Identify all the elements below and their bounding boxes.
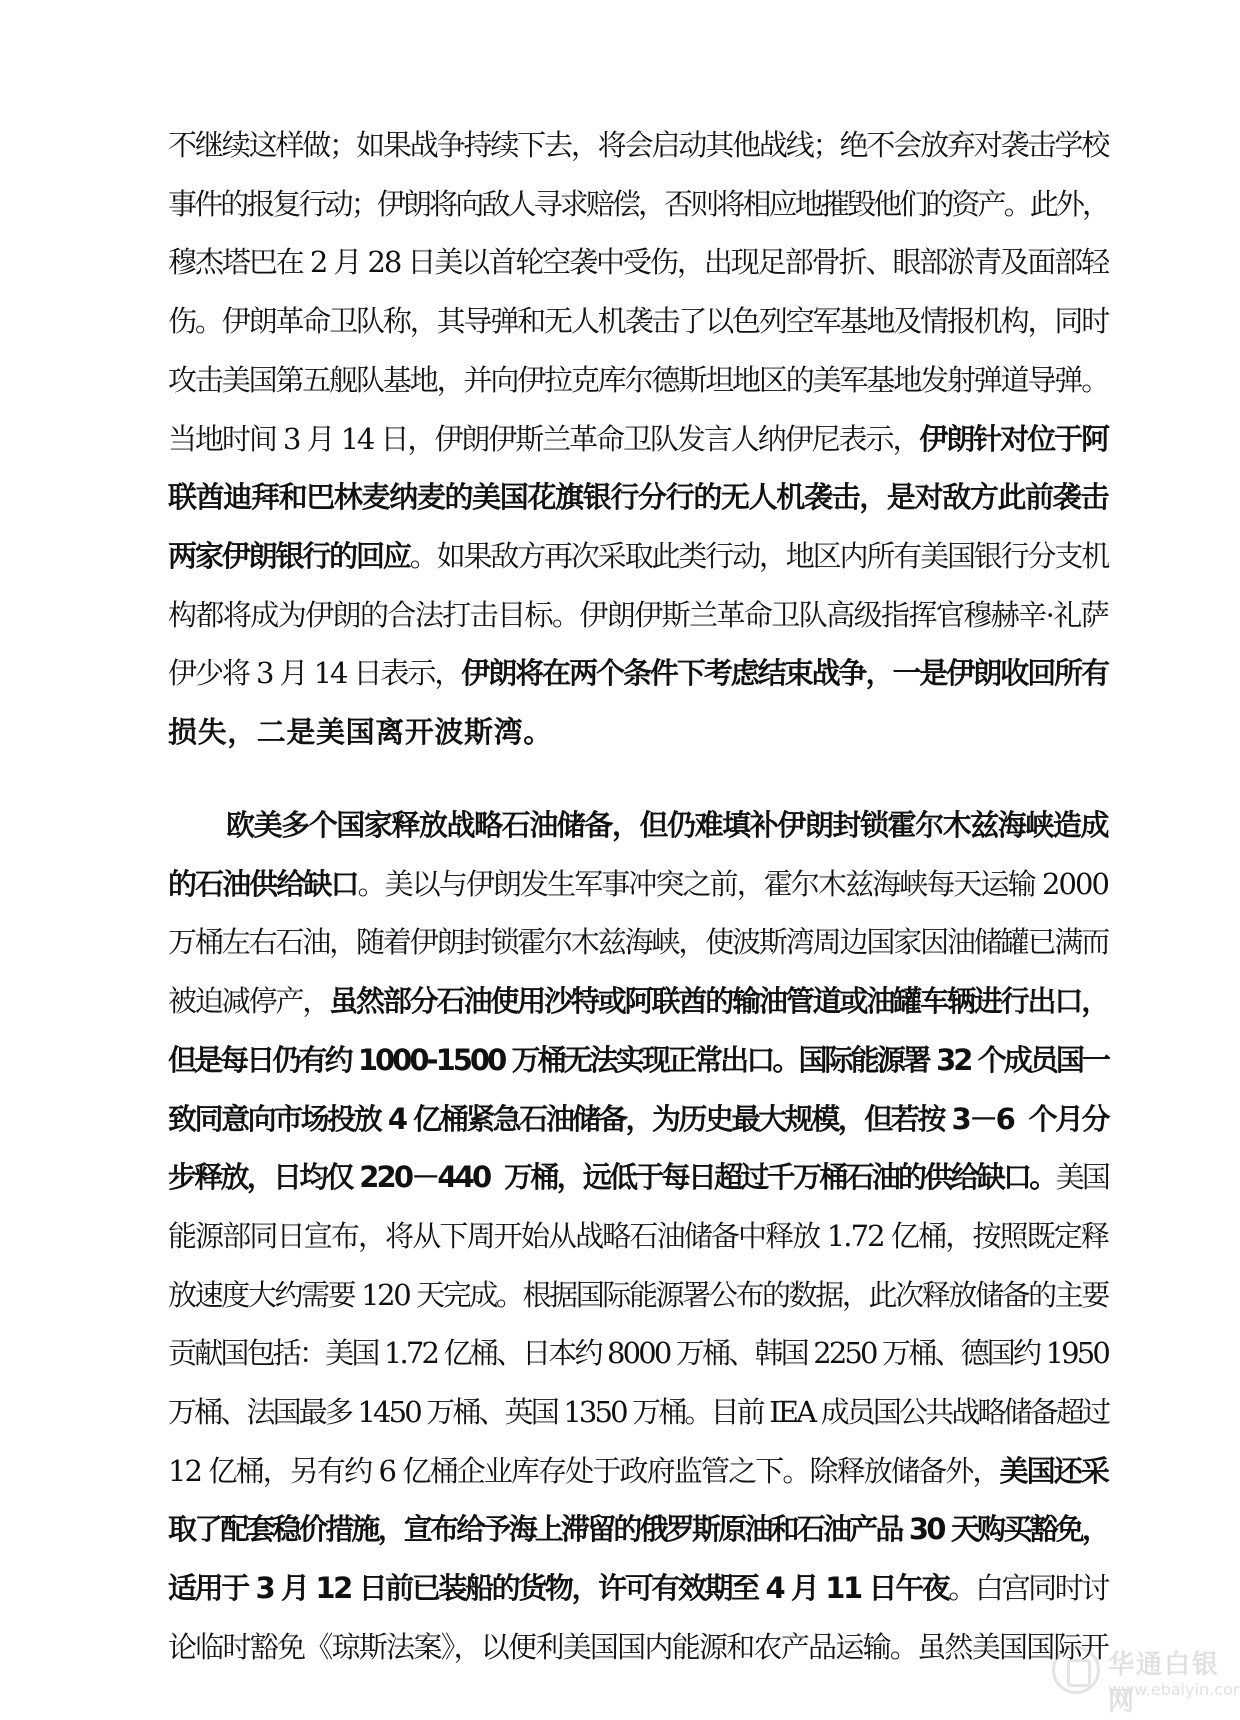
bold-text-segment: 两家伊朗银行的回应 [168, 539, 410, 573]
watermark: 华通白银网 www.ebaiyin.com [1052, 1640, 1240, 1720]
text-line: 放速度大约需要 120 天完成。根据国际能源署公布的数据，此次释放储备的主要 [168, 1275, 1108, 1315]
text-segment: 。白宫同时讨 [948, 1571, 1108, 1605]
text-segment: 不继续这样做；如果战争持续下去，将会启动其他战线；绝不会放弃对袭击学校 [168, 128, 1108, 162]
text-line: 的石油供给缺口。美以与伊朗发生军事冲突之前，霍尔木兹海峡每天运输 2000 [168, 864, 1108, 904]
text-line: 取了配套稳价措施，宣布给予海上滞留的俄罗斯原油和石油产品 30 天购买豁免， [168, 1509, 1108, 1549]
bold-text-segment: 但是每日仍有约 1000-1500 万桶无法实现正常出口。国际能源署 32 个成… [168, 1043, 1108, 1077]
text-segment: 当地时间 3 月 14 日，伊朗伊斯兰革命卫队发言人纳伊尼表示， [168, 422, 919, 456]
bold-text-segment: 美国还采 [1000, 1454, 1108, 1488]
text-segment: 万桶左右石油，随着伊朗封锁霍尔木兹海峡，使波斯湾周边国家因油储罐已满而 [168, 925, 1108, 959]
text-segment: 放速度大约需要 120 天完成。根据国际能源署公布的数据，此次释放储备的主要 [168, 1278, 1108, 1312]
bold-text-segment: 适用于 3 月 12 日前已装船的货物，许可有效期至 4 月 11 日午夜 [168, 1571, 948, 1605]
text-segment: 能源部同日宣布，将从下周开始从战略石油储备中释放 1.72 亿桶，按照既定释 [168, 1219, 1108, 1253]
document-page: 不继续这样做；如果战争持续下去，将会启动其他战线；绝不会放弃对袭击学校事件的报复… [0, 0, 1240, 1720]
text-segment: 事件的报复行动；伊朗将向敌人寻求赔偿，否则将相应地摧毁他们的资产。此外， [168, 187, 1108, 221]
watermark-logo-icon [1052, 1646, 1100, 1694]
text-line: 事件的报复行动；伊朗将向敌人寻求赔偿，否则将相应地摧毁他们的资产。此外， [168, 184, 1108, 224]
bold-text-segment: 取了配套稳价措施，宣布给予海上滞留的俄罗斯原油和石油产品 30 天购买豁免， [168, 1512, 1108, 1546]
bold-text-segment: 步释放，日均仅 220－440 万桶，远低于每日超过千万桶石油的供给缺口。 [168, 1160, 1056, 1194]
text-segment: 攻击美国第五舰队基地，并向伊拉克库尔德斯坦地区的美军基地发射弹道导弹。 [168, 363, 1108, 397]
text-line: 当地时间 3 月 14 日，伊朗伊斯兰革命卫队发言人纳伊尼表示，伊朗针对位于阿 [168, 419, 1108, 459]
bold-text-segment: 致同意向市场投放 4 亿桶紧急石油储备，为历史最大规模，但若按 3－6 个月分 [168, 1102, 1108, 1136]
bold-text-segment: 伊朗针对位于阿 [919, 422, 1108, 456]
text-line: 伊少将 3 月 14 日表示，伊朗将在两个条件下考虑结束战争，一是伊朗收回所有 [168, 653, 1108, 693]
text-line: 但是每日仍有约 1000-1500 万桶无法实现正常出口。国际能源署 32 个成… [168, 1040, 1108, 1080]
bold-text-segment: 欧美多个国家释放战略石油储备，但仍难填补伊朗封锁霍尔木兹海峡造成 [226, 808, 1108, 842]
text-line: 致同意向市场投放 4 亿桶紧急石油储备，为历史最大规模，但若按 3－6 个月分 [168, 1099, 1108, 1139]
watermark-url: www.ebaiyin.com [1108, 1680, 1240, 1699]
text-segment: 论临时豁免《琼斯法案》，以便利美国国内能源和农产品运输。虽然美国国际开 [168, 1630, 1108, 1664]
text-segment: 贡献国包括：美国 1.72 亿桶、日本约 8000 万桶、韩国 2250 万桶、… [168, 1336, 1108, 1370]
text-segment: 美国 [1056, 1160, 1108, 1194]
text-line: 万桶、法国最多 1450 万桶、英国 1350 万桶。目前 IEA 成员国公共战… [168, 1392, 1108, 1432]
text-line: 被迫减停产，虽然部分石油使用沙特或阿联酋的输油管道或油罐车辆进行出口， [168, 981, 1108, 1021]
text-line: 构都将成为伊朗的合法打击目标。伊朗伊斯兰革命卫队高级指挥官穆赫辛·礼萨 [168, 595, 1108, 635]
text-line: 两家伊朗银行的回应。如果敌方再次采取此类行动，地区内所有美国银行分支机 [168, 536, 1108, 576]
text-line: 攻击美国第五舰队基地，并向伊拉克库尔德斯坦地区的美军基地发射弹道导弹。 [168, 360, 1108, 400]
text-segment: 构都将成为伊朗的合法打击目标。伊朗伊斯兰革命卫队高级指挥官穆赫辛·礼萨 [168, 598, 1108, 632]
bold-text-segment: 虽然部分石油使用沙特或阿联酋的输油管道或油罐车辆进行出口， [329, 984, 1108, 1018]
text-line: 欧美多个国家释放战略石油储备，但仍难填补伊朗封锁霍尔木兹海峡造成 [226, 805, 1108, 845]
bold-text-segment: 的石油供给缺口 [168, 867, 358, 901]
text-line: 穆杰塔巴在 2 月 28 日美以首轮空袭中受伤，出现足部骨折、眼部淤青及面部轻 [168, 242, 1108, 282]
text-segment: 。美以与伊朗发生军事冲突之前，霍尔木兹海峡每天运输 2000 [358, 867, 1108, 901]
text-line: 贡献国包括：美国 1.72 亿桶、日本约 8000 万桶、韩国 2250 万桶、… [168, 1333, 1108, 1373]
text-line: 万桶左右石油，随着伊朗封锁霍尔木兹海峡，使波斯湾周边国家因油储罐已满而 [168, 922, 1108, 962]
text-line: 步释放，日均仅 220－440 万桶，远低于每日超过千万桶石油的供给缺口。美国 [168, 1157, 1108, 1197]
text-line: 适用于 3 月 12 日前已装船的货物，许可有效期至 4 月 11 日午夜。白宫… [168, 1568, 1108, 1608]
text-line: 论临时豁免《琼斯法案》，以便利美国国内能源和农产品运输。虽然美国国际开 [168, 1627, 1108, 1667]
text-line: 伤。伊朗革命卫队称，其导弹和无人机袭击了以色列空军基地及情报机构，同时 [168, 301, 1108, 341]
text-line: 12 亿桶，另有约 6 亿桶企业库存处于政府监管之下。除释放储备外，美国还采 [168, 1451, 1108, 1491]
bold-text-segment: 伊朗将在两个条件下考虑结束战争，一是伊朗收回所有 [461, 656, 1108, 690]
text-segment: 。如果敌方再次采取此类行动，地区内所有美国银行分支机 [410, 539, 1108, 573]
text-segment: 穆杰塔巴在 2 月 28 日美以首轮空袭中受伤，出现足部骨折、眼部淤青及面部轻 [168, 245, 1108, 279]
text-line: 能源部同日宣布，将从下周开始从战略石油储备中释放 1.72 亿桶，按照既定释 [168, 1216, 1108, 1256]
text-segment: 12 亿桶，另有约 6 亿桶企业库存处于政府监管之下。除释放储备外， [168, 1454, 1000, 1488]
text-segment: 伤。伊朗革命卫队称，其导弹和无人机袭击了以色列空军基地及情报机构，同时 [168, 304, 1108, 338]
text-line: 联酋迪拜和巴林麦纳麦的美国花旗银行分行的无人机袭击，是对敌方此前袭击 [168, 477, 1108, 517]
bold-text-segment: 联酋迪拜和巴林麦纳麦的美国花旗银行分行的无人机袭击，是对敌方此前袭击 [168, 480, 1108, 514]
text-line: 损失，二是美国离开波斯湾。 [168, 712, 1108, 752]
text-segment: 伊少将 3 月 14 日表示， [168, 656, 461, 690]
text-line: 不继续这样做；如果战争持续下去，将会启动其他战线；绝不会放弃对袭击学校 [168, 125, 1108, 165]
bold-text-segment: 损失，二是美国离开波斯湾。 [168, 715, 553, 749]
text-segment: 被迫减停产， [168, 984, 329, 1018]
text-segment: 万桶、法国最多 1450 万桶、英国 1350 万桶。目前 IEA 成员国公共战… [168, 1395, 1108, 1429]
